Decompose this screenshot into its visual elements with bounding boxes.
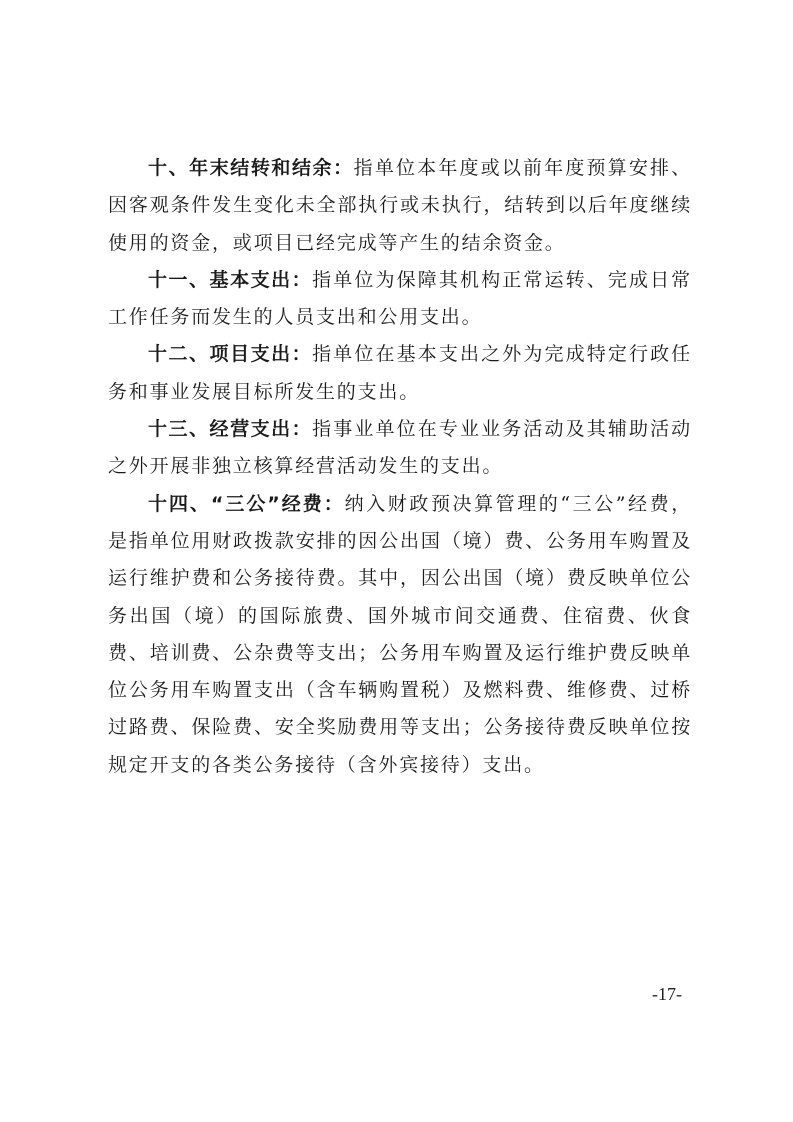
paragraph-basic-expenditure: 十一、基本支出：指单位为保障其机构正常运转、完成日常工作任务而发生的人员支出和公… <box>108 262 692 337</box>
page-number: -17- <box>652 984 682 1005</box>
paragraph-year-end-balance: 十、年末结转和结余：指单位本年度或以前年度预算安排、因客观条件发生变化未全部执行… <box>108 150 692 262</box>
paragraph-text: 纳入财政预决算管理的“三公”经费，是指单位用财政拨款安排的因公出国（境）费、公务… <box>108 493 692 776</box>
term-heading: 十二、项目支出： <box>148 343 312 365</box>
term-heading: 十四、“三公”经费： <box>148 493 345 515</box>
paragraph-operating-expenditure: 十三、经营支出：指事业单位在专业业务活动及其辅助活动之外开展非独立核算经营活动发… <box>108 411 692 486</box>
paragraph-three-public-expenses: 十四、“三公”经费：纳入财政预决算管理的“三公”经费，是指单位用财政拨款安排的因… <box>108 486 692 784</box>
term-heading: 十、年末结转和结余： <box>148 157 354 179</box>
term-heading: 十一、基本支出： <box>148 269 312 291</box>
term-heading: 十三、经营支出： <box>148 418 312 440</box>
document-body: 十、年末结转和结余：指单位本年度或以前年度预算安排、因客观条件发生变化未全部执行… <box>108 150 692 784</box>
paragraph-project-expenditure: 十二、项目支出：指单位在基本支出之外为完成特定行政任务和事业发展目标所发生的支出… <box>108 336 692 411</box>
